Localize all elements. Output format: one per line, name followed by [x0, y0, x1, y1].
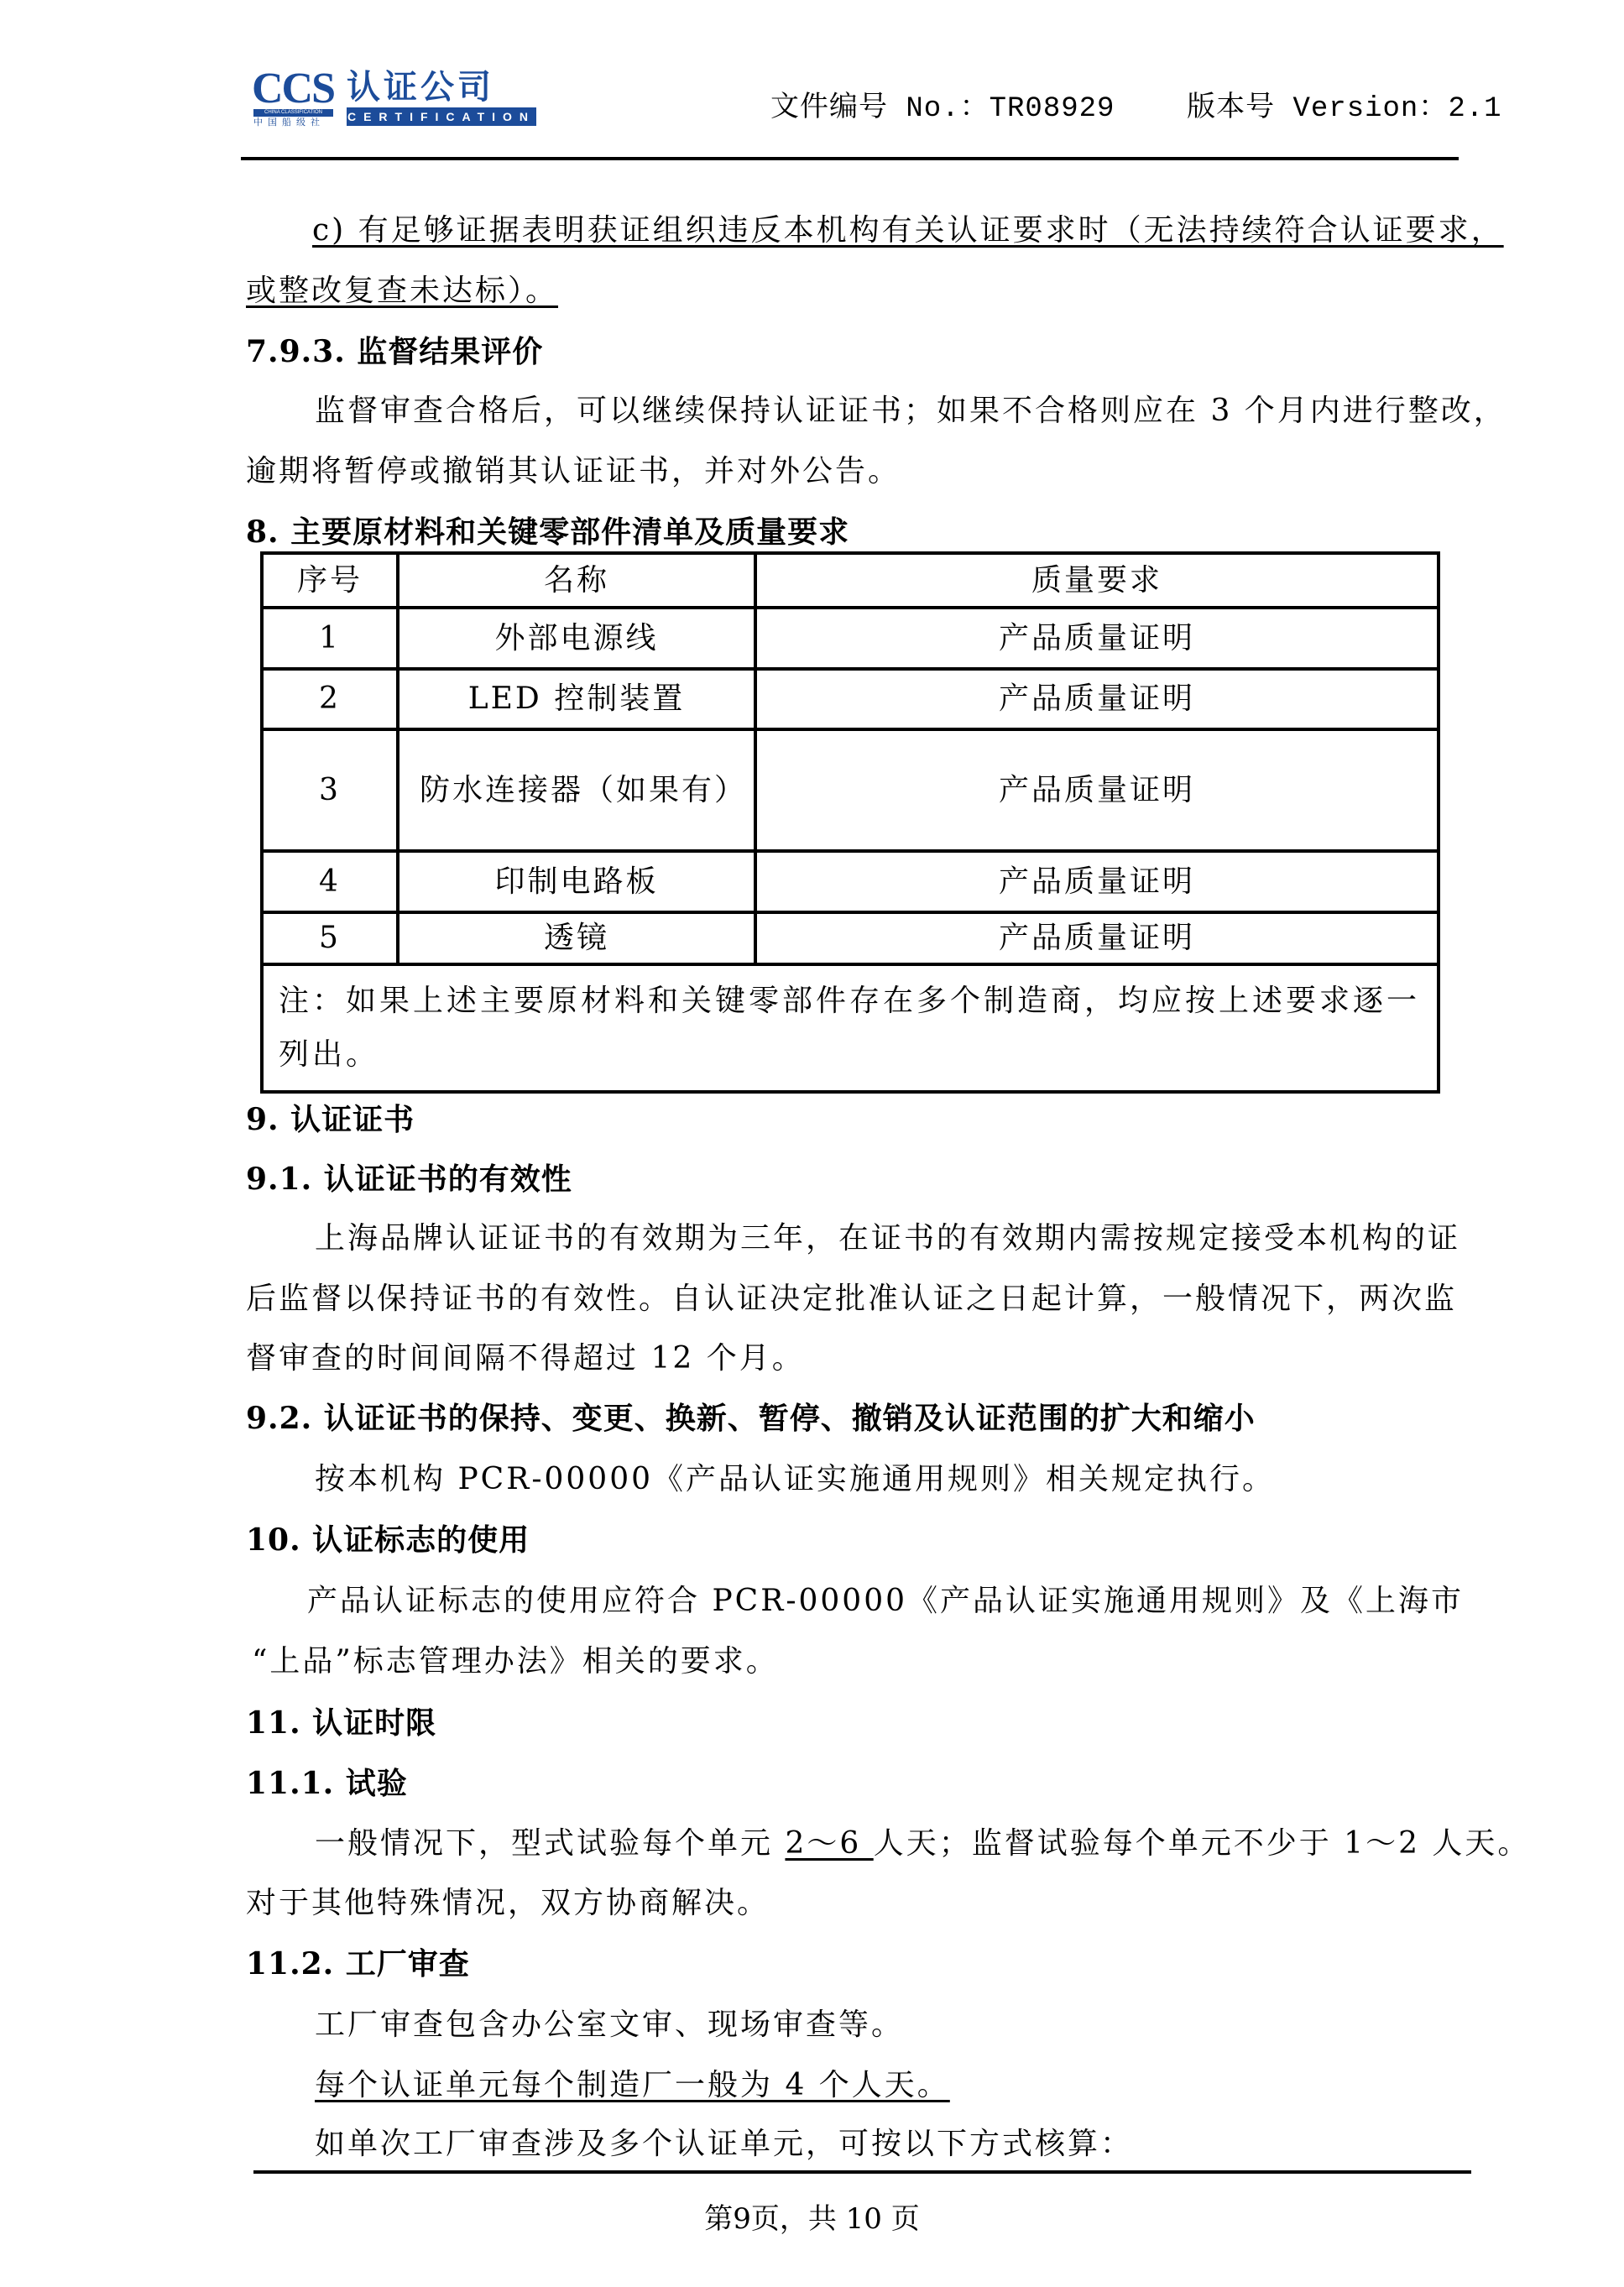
header-cell-name: 名称 [398, 553, 755, 608]
p111-underlined-range: 2～6 [785, 1826, 873, 1861]
cell-requirement: 产品质量证明 [755, 608, 1439, 669]
paragraph-9-1-line2: 后监督以保持证书的有效性。自认证决定批准认证之日起计算，一般情况下，两次监 [246, 1281, 1457, 1318]
cell-requirement: 产品质量证明 [755, 851, 1439, 912]
table-header-row: 序号 名称 质量要求 [262, 553, 1439, 608]
cell-no: 3 [262, 729, 398, 851]
heading-9-1: 9.1. 认证证书的有效性 [246, 1161, 572, 1198]
paragraph-9-2: 按本机构 PCR-00000《产品认证实施通用规则》相关规定执行。 [315, 1461, 1275, 1498]
paragraph-9-1-line3: 督审查的时间间隔不得超过 12 个月。 [246, 1340, 805, 1377]
page-number: 第9页，共 10 页 [0, 2201, 1624, 2237]
heading-9-2: 9.2. 认证证书的保持、变更、换新、暂停、撤销及认证范围的扩大和缩小 [246, 1400, 1256, 1437]
cell-no: 2 [262, 669, 398, 729]
header-cell-no: 序号 [262, 553, 398, 608]
table-row: 5 透镜 产品质量证明 [262, 912, 1439, 964]
table-row: 3 防水连接器（如果有） 产品质量证明 [262, 729, 1439, 851]
heading-9: 9. 认证证书 [246, 1101, 415, 1138]
table-note: 注：如果上述主要原材料和关键零部件存在多个制造商，均应按上述要求逐一列出。 [262, 964, 1439, 1092]
clause-c-line1: c) 有足够证据表明获证组织违反本机构有关认证要求时（无法持续符合认证要求， [312, 212, 1504, 249]
clause-c-line2: 或整改复查未达标）。 [246, 273, 558, 310]
doc-number-label: 文件编号 No.： [770, 93, 990, 125]
table-row: 4 印制电路板 产品质量证明 [262, 851, 1439, 912]
table-row: 2 LED 控制装置 产品质量证明 [262, 669, 1439, 729]
cell-no: 4 [262, 851, 398, 912]
logo-certification-banner: CERTIFICATION [347, 107, 536, 126]
p111-part-a: 一般情况下，型式试验每个单元 [315, 1826, 785, 1861]
materials-table: 序号 名称 质量要求 1 外部电源线 产品质量证明 2 LED 控制装置 产品质… [260, 551, 1440, 1094]
paragraph-11-2-line1: 工厂审查包含办公室文审、现场审查等。 [315, 2007, 904, 2044]
doc-number: TR08929 [990, 93, 1115, 125]
header-cell-requirement: 质量要求 [755, 553, 1439, 608]
footer-rule [253, 2170, 1471, 2174]
table-row: 1 外部电源线 产品质量证明 [262, 608, 1439, 669]
cell-name: 印制电路板 [398, 851, 755, 912]
logo-society-banner: CHINA CLASSIFICATION SOCIETY [253, 109, 333, 117]
doc-meta: 文件编号 No.：TR08929 版本号 Version：2.1 [770, 91, 1502, 128]
p111-part-b: 人天；监督试验每个单元不少于 1～2 人天。 [874, 1826, 1531, 1861]
version-number: 2.1 [1448, 93, 1501, 125]
paragraph-10-line2: “上品”标志管理办法》相关的要求。 [252, 1643, 779, 1680]
cell-name: LED 控制装置 [398, 669, 755, 729]
heading-11: 11. 认证时限 [246, 1705, 436, 1741]
table-note-row: 注：如果上述主要原材料和关键零部件存在多个制造商，均应按上述要求逐一列出。 [262, 964, 1439, 1092]
ccs-certification-logo: CCS CHINA CLASSIFICATION SOCIETY 中国船级社 认… [252, 67, 546, 126]
heading-8: 8. 主要原材料和关键零部件清单及质量要求 [246, 514, 849, 551]
paragraph-7-9-3-line1: 监督审查合格后，可以继续保持认证证书；如果不合格则应在 3 个月内进行整改， [315, 393, 1507, 430]
version-label: 版本号 Version： [1187, 93, 1448, 125]
paragraph-11-1-line1: 一般情况下，型式试验每个单元 2～6 人天；监督试验每个单元不少于 1～2 人天… [315, 1825, 1530, 1862]
cell-no: 1 [262, 608, 398, 669]
header-rule [241, 157, 1459, 160]
heading-11-2: 11.2. 工厂审查 [246, 1945, 470, 1982]
cell-name: 透镜 [398, 912, 755, 964]
paragraph-10-line1: 产品认证标志的使用应符合 PCR-00000《产品认证实施通用规则》及《上海市 [307, 1583, 1464, 1620]
logo-ccs-mark: CCS [252, 67, 334, 111]
heading-10: 10. 认证标志的使用 [246, 1522, 530, 1559]
logo-company-name: 认证公司 [347, 69, 494, 106]
cell-requirement: 产品质量证明 [755, 669, 1439, 729]
paragraph-7-9-3-line2: 逾期将暂停或撤销其认证证书，并对外公告。 [246, 453, 901, 490]
logo-society-cn: 中国船级社 [253, 117, 325, 128]
cell-requirement: 产品质量证明 [755, 729, 1439, 851]
paragraph-9-1-line1: 上海品牌认证证书的有效期为三年，在证书的有效期内需按规定接受本机构的证 [315, 1220, 1460, 1257]
paragraph-11-1-line2: 对于其他特殊情况，双方协商解决。 [246, 1885, 770, 1922]
cell-requirement: 产品质量证明 [755, 912, 1439, 964]
paragraph-11-2-line2: 每个认证单元每个制造厂一般为 4 个人天。 [315, 2067, 950, 2104]
cell-name: 外部电源线 [398, 608, 755, 669]
paragraph-11-2-line3: 如单次工厂审查涉及多个认证单元，可按以下方式核算： [315, 2126, 1133, 2163]
heading-11-1: 11.1. 试验 [246, 1765, 408, 1802]
cell-no: 5 [262, 912, 398, 964]
cell-name: 防水连接器（如果有） [398, 729, 755, 851]
heading-7-9-3: 7.9.3. 监督结果评价 [246, 333, 543, 370]
